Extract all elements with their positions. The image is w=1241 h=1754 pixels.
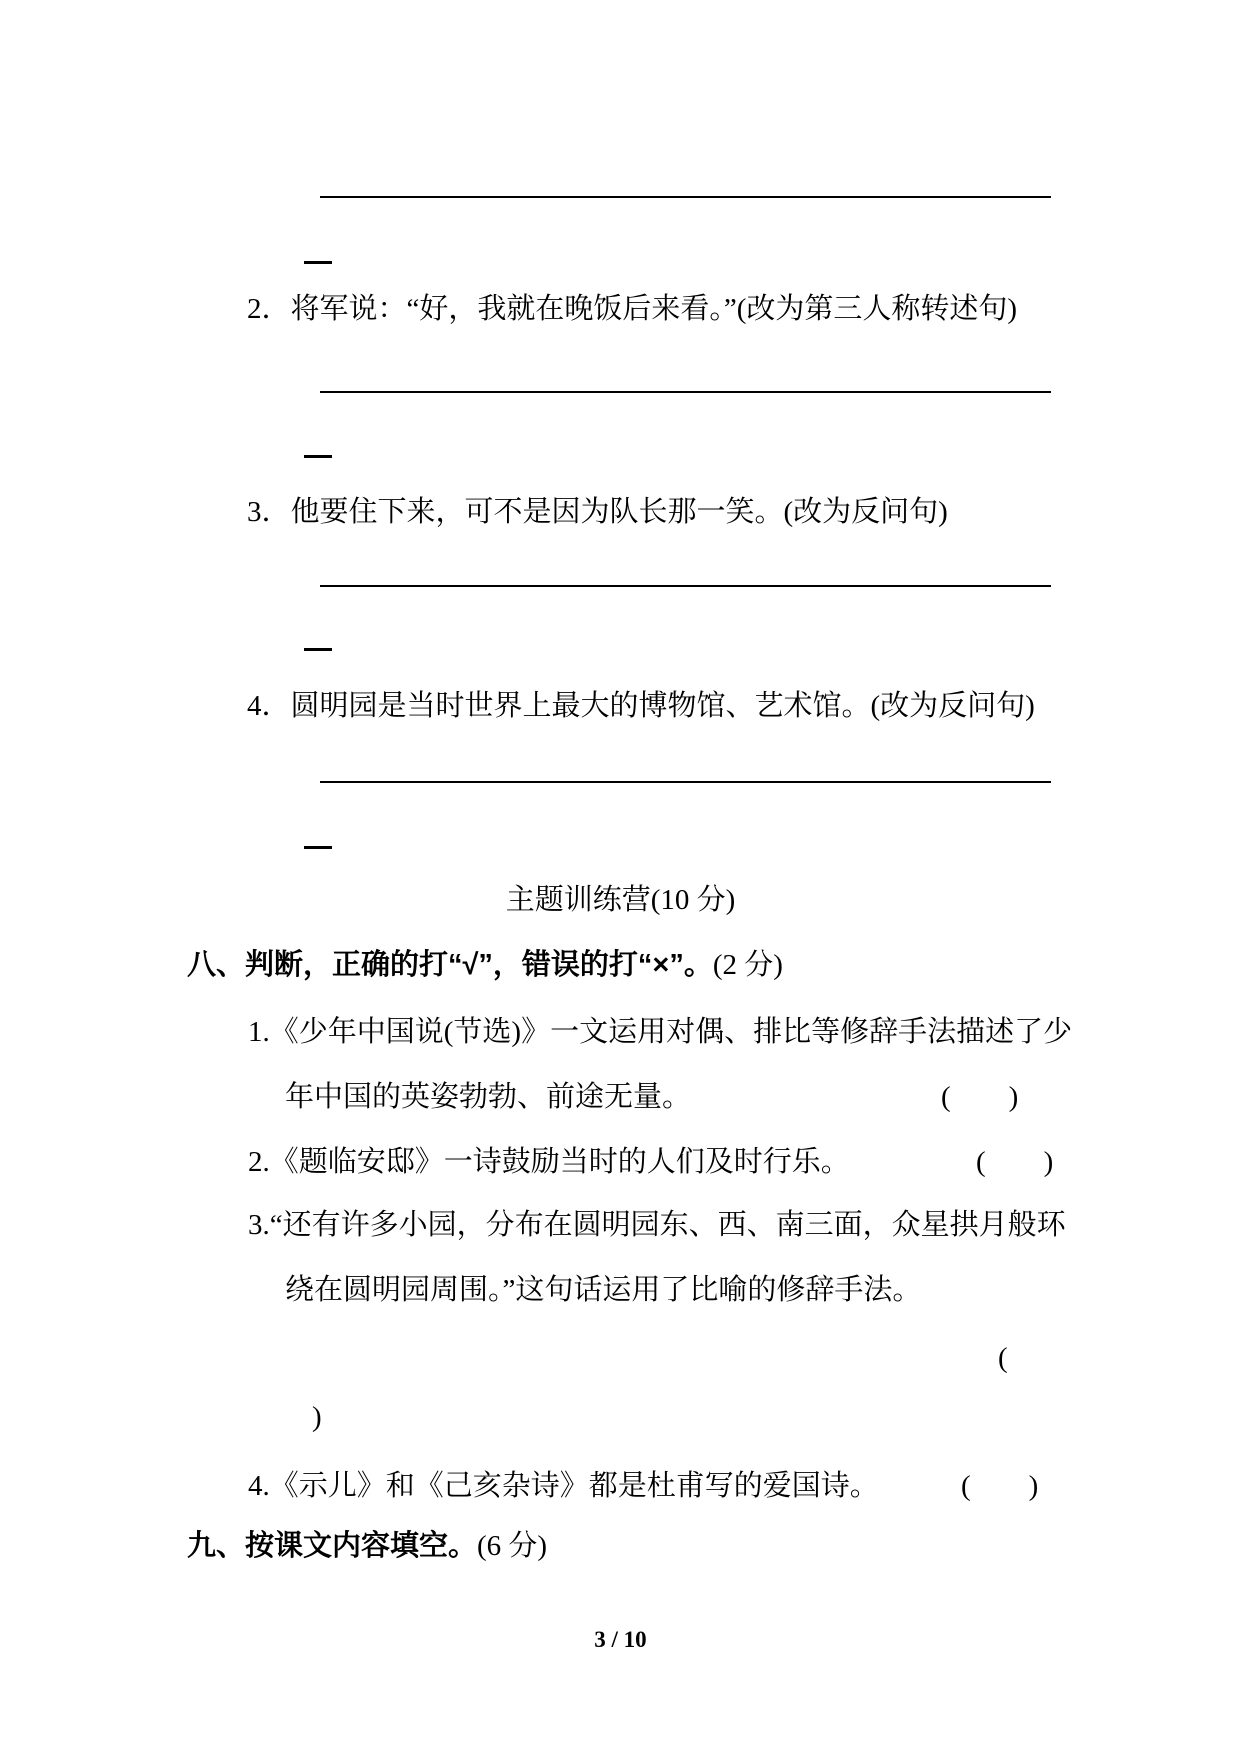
judgment-item-1-answer-bracket: ( ) bbox=[941, 1079, 1018, 1115]
answer-blank-continuation-3 bbox=[304, 648, 332, 651]
judgment-item-4-answer-bracket: ( ) bbox=[961, 1468, 1038, 1504]
section-9-heading-text: 九、按课文内容填空。 bbox=[187, 1530, 477, 1562]
judgment-item-2-line-1: 2.《题临安邸》一诗鼓励当时的人们及时行乐。( ) bbox=[0, 1144, 1241, 1180]
section-9-heading-score: (6 分) bbox=[477, 1530, 547, 1562]
page-number: 3 / 10 bbox=[0, 1626, 1241, 1654]
judgment-item-2-answer-bracket: ( ) bbox=[976, 1144, 1053, 1180]
judgment-item-1-line-1: 1.《少年中国说(节选)》一文运用对偶、排比等修辞手法描述了少 bbox=[0, 1014, 1241, 1050]
rewrite-question-2-hint: (改为第三人称转述句) bbox=[737, 293, 1017, 325]
rewrite-question-3: 3．他要住下来，可不是因为队长那一笑。(改为反问句) bbox=[0, 494, 1241, 530]
answer-blank-line-4 bbox=[320, 781, 1051, 783]
section-8-heading: 八、判断，正确的打“√”，错误的打“×”。(2 分) bbox=[0, 947, 1241, 983]
judgment-item-2-text: 2.《题临安邸》一诗鼓励当时的人们及时行乐。 bbox=[248, 1146, 850, 1178]
judgment-item-1-line-2: 年中国的英姿勃勃、前途无量。( ) bbox=[0, 1079, 1241, 1115]
exam-page: 2．将军说：“好，我就在晚饭后来看。”(改为第三人称转述句) 3．他要住下来，可… bbox=[0, 0, 1241, 1754]
rewrite-question-3-hint: (改为反问句) bbox=[784, 496, 948, 528]
judgment-item-4-line-1: 4.《示儿》和《己亥杂诗》都是杜甫写的爱国诗。( ) bbox=[0, 1468, 1241, 1504]
rewrite-question-4-text: 4．圆明园是当时世界上最大的博物馆、艺术馆。 bbox=[247, 690, 871, 722]
section-9-heading: 九、按课文内容填空。(6 分) bbox=[0, 1528, 1241, 1564]
answer-blank-continuation-1 bbox=[304, 261, 332, 264]
judgment-item-1-line-2-text: 年中国的英姿勃勃、前途无量。 bbox=[285, 1081, 691, 1113]
section-title-theme-camp: 主题训练营(10 分) bbox=[0, 882, 1241, 918]
judgment-item-3-line-1: 3.“还有许多小园，分布在圆明园东、西、南三面，众星拱月般环 bbox=[0, 1207, 1241, 1243]
answer-blank-continuation-2 bbox=[304, 455, 332, 458]
section-8-heading-text: 八、判断，正确的打“√”，错误的打“×”。 bbox=[187, 949, 713, 981]
rewrite-question-4: 4．圆明园是当时世界上最大的博物馆、艺术馆。(改为反问句) bbox=[0, 688, 1241, 724]
judgment-item-3-bracket-open: ( bbox=[0, 1340, 1241, 1376]
section-8-heading-score: (2 分) bbox=[713, 949, 783, 981]
rewrite-question-2: 2．将军说：“好，我就在晚饭后来看。”(改为第三人称转述句) bbox=[0, 291, 1241, 327]
answer-blank-line-3 bbox=[320, 585, 1051, 587]
judgment-item-4-text: 4.《示儿》和《己亥杂诗》都是杜甫写的爱国诗。 bbox=[248, 1470, 879, 1502]
answer-blank-line-2 bbox=[320, 391, 1051, 393]
rewrite-question-3-text: 3．他要住下来，可不是因为队长那一笑。 bbox=[247, 496, 784, 528]
rewrite-question-4-hint: (改为反问句) bbox=[871, 690, 1035, 722]
judgment-item-3-bracket-close: ) bbox=[0, 1399, 1241, 1435]
judgment-item-3-line-2: 绕在圆明园周围。”这句话运用了比喻的修辞手法。 bbox=[0, 1272, 1241, 1308]
rewrite-question-2-text: 2．将军说：“好，我就在晚饭后来看。” bbox=[247, 293, 737, 325]
answer-blank-continuation-4 bbox=[304, 846, 332, 849]
answer-blank-line-1 bbox=[320, 196, 1051, 198]
